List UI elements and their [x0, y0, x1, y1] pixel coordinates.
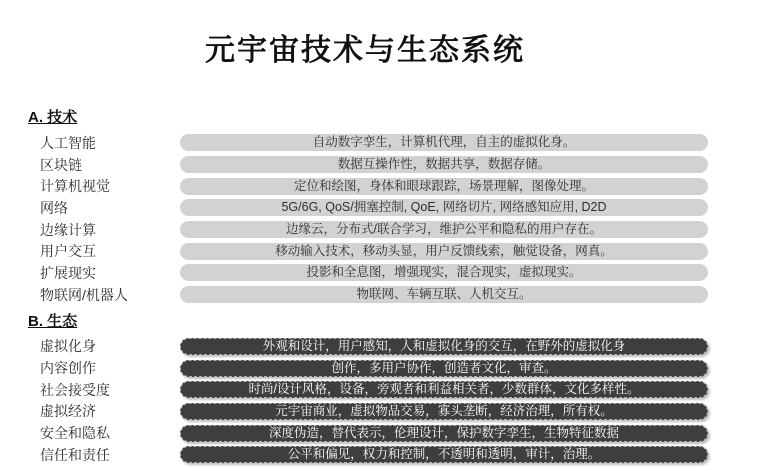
bar-blockchain: 数据互操作性，数据共享，数据存储。	[180, 156, 708, 173]
row-label-virtual-economy: 虚拟经济	[0, 402, 180, 420]
row-label-trust-accountability: 信任和责任	[0, 446, 180, 464]
row-label-ai: 人工智能	[0, 134, 180, 152]
row-label-blockchain: 区块链	[0, 156, 180, 174]
bar-avatar: 外观和设计，用户感知，人和虚拟化身的交互，在野外的虚拟化身	[180, 338, 708, 355]
row-label-iot-robot: 物联网/机器人	[0, 286, 180, 304]
table-row: 虚拟经济 元宇宙商业，虚拟物品交易，寡头垄断，经济治理，所有权。	[0, 401, 762, 423]
row-label-avatar: 虚拟化身	[0, 337, 180, 355]
table-row: 人工智能 自动数字孪生，计算机代理，自主的虚拟化身。	[0, 132, 762, 154]
bar-user-interaction: 移动输入技术，移动头显，用户反馈线索，触觉设备，网真。	[180, 243, 708, 260]
metaverse-diagram: 元宇宙技术与生态系统 A. 技术 人工智能 自动数字孪生，计算机代理，自主的虚拟…	[0, 0, 762, 471]
bar-edge-computing: 边缘云，分布式/联合学习，维护公平和隐私的用户存在。	[180, 221, 708, 238]
table-row: 边缘计算 边缘云，分布式/联合学习，维护公平和隐私的用户存在。	[0, 219, 762, 241]
bar-iot-robot: 物联网、车辆互联、人机交互。	[180, 286, 708, 303]
table-row: 虚拟化身 外观和设计，用户感知，人和虚拟化身的交互，在野外的虚拟化身	[0, 336, 762, 358]
bar-network: 5G/6G, QoS/拥塞控制, QoE, 网络切片, 网络感知应用, D2D	[180, 199, 708, 216]
bar-computer-vision: 定位和绘图，身体和眼球跟踪，场景理解，图像处理。	[180, 178, 708, 195]
table-row: 社会接受度 时尚/设计风格，设备，旁观者和利益相关者，少数群体，文化多样性。	[0, 379, 762, 401]
section-technology: A. 技术 人工智能 自动数字孪生，计算机代理，自主的虚拟化身。 区块链 数据互…	[0, 108, 762, 306]
bar-extended-reality: 投影和全息图，增强现实，混合现实，虚拟现实。	[180, 264, 708, 281]
row-label-computer-vision: 计算机视觉	[0, 177, 180, 195]
table-row: 内容创作 创作，多用户协作，创造者文化，审查。	[0, 357, 762, 379]
row-label-edge-computing: 边缘计算	[0, 221, 180, 239]
table-row: 用户交互 移动输入技术，移动头显，用户反馈线索，触觉设备，网真。	[0, 240, 762, 262]
table-row: 物联网/机器人 物联网、车辆互联、人机交互。	[0, 284, 762, 306]
page-title: 元宇宙技术与生态系统	[0, 30, 730, 72]
row-label-content-creation: 内容创作	[0, 359, 180, 377]
table-row: 计算机视觉 定位和绘图，身体和眼球跟踪，场景理解，图像处理。	[0, 175, 762, 197]
section-b-heading: B. 生态	[28, 312, 762, 332]
table-row: 信任和责任 公平和偏见，权力和控制，不透明和透明，审计，治理。	[0, 444, 762, 466]
row-label-user-interaction: 用户交互	[0, 242, 180, 260]
row-label-social-acceptability: 社会接受度	[0, 381, 180, 399]
table-row: 网络 5G/6G, QoS/拥塞控制, QoE, 网络切片, 网络感知应用, D…	[0, 197, 762, 219]
bar-content-creation: 创作，多用户协作，创造者文化，审查。	[180, 360, 708, 377]
table-row: 安全和隐私 深度伪造，替代表示，伦理设计，保护数字孪生，生物特征数据	[0, 422, 762, 444]
section-a-heading: A. 技术	[28, 108, 762, 128]
row-label-network: 网络	[0, 199, 180, 217]
bar-social-acceptability: 时尚/设计风格，设备，旁观者和利益相关者，少数群体，文化多样性。	[180, 381, 708, 398]
bar-trust-accountability: 公平和偏见，权力和控制，不透明和透明，审计，治理。	[180, 446, 708, 463]
bar-security-privacy: 深度伪造，替代表示，伦理设计，保护数字孪生，生物特征数据	[180, 425, 708, 442]
row-label-security-privacy: 安全和隐私	[0, 424, 180, 442]
table-row: 区块链 数据互操作性，数据共享，数据存储。	[0, 154, 762, 176]
row-label-extended-reality: 扩展现实	[0, 264, 180, 282]
bar-virtual-economy: 元宇宙商业，虚拟物品交易，寡头垄断，经济治理，所有权。	[180, 403, 708, 420]
table-row: 扩展现实 投影和全息图，增强现实，混合现实，虚拟现实。	[0, 262, 762, 284]
bar-ai: 自动数字孪生，计算机代理，自主的虚拟化身。	[180, 134, 708, 151]
section-ecosystem: B. 生态 虚拟化身 外观和设计，用户感知，人和虚拟化身的交互，在野外的虚拟化身…	[0, 312, 762, 466]
